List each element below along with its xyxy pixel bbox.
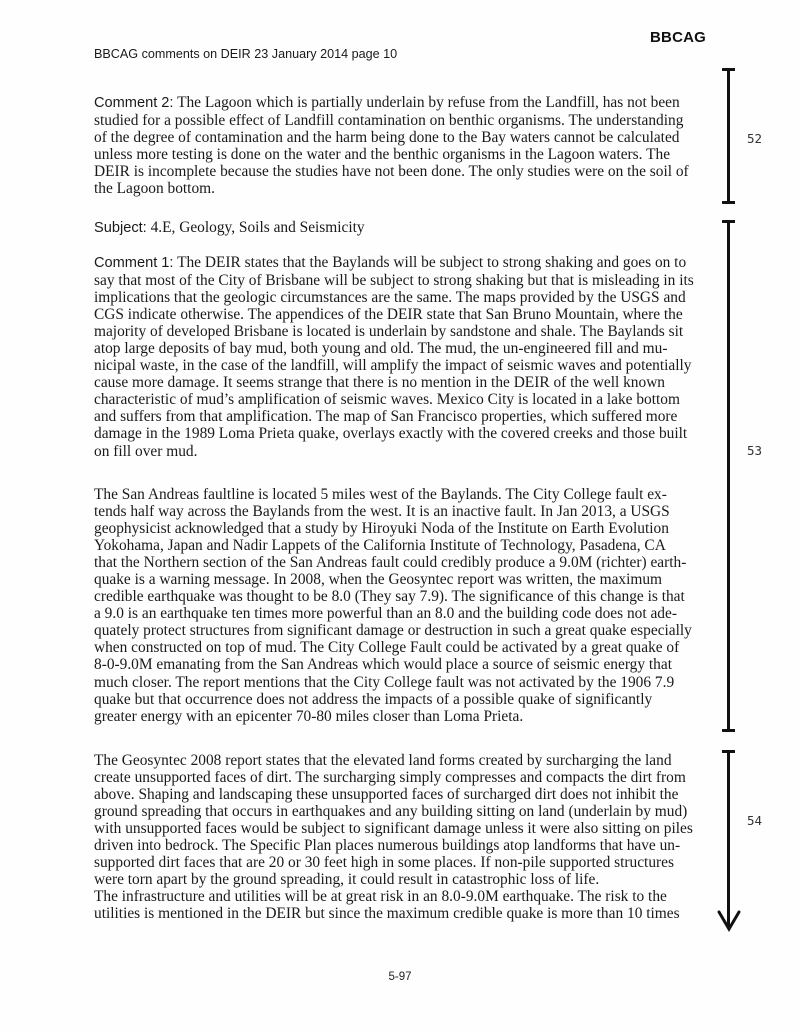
paragraph-line: create unsupported faces of dirt. The su…: [94, 769, 714, 786]
paragraph-line: quake is a warning message. In 2008, whe…: [94, 571, 714, 588]
paragraph-line: 8-0-9.0M emanating from the San Andreas …: [94, 656, 714, 673]
paragraph-line: credible earthquake was thought to be 8.…: [94, 588, 714, 605]
paragraph-line: implications that the geologic circumsta…: [94, 289, 714, 306]
paragraph-line: CGS indicate otherwise. The appendices o…: [94, 306, 714, 323]
paragraph-line: of the degree of contamination and the h…: [94, 129, 714, 146]
paragraph-line: ground spreading that occurs in earthqua…: [94, 803, 714, 820]
subject-label: Subject:: [94, 220, 147, 236]
paragraph-line: damage in the 1989 Loma Prieta quake, ov…: [94, 425, 714, 442]
comment-number-label: 52: [747, 131, 762, 146]
paragraph-line: utilities is mentioned in the DEIR but s…: [94, 905, 714, 922]
paragraph-line: say that most of the City of Brisbane wi…: [94, 272, 714, 289]
paragraph-line: quake but that occurrence does not addre…: [94, 691, 714, 708]
paragraph-line: driven into bedrock. The Specific Plan p…: [94, 837, 714, 854]
paragraph-line: The San Andreas faultline is located 5 m…: [94, 486, 714, 503]
subject-text: 4.E, Geology, Soils and Seismicity: [151, 219, 365, 236]
running-header: BBCAG comments on DEIR 23 January 2014 p…: [94, 47, 397, 61]
paragraph-line: cause more damage. It seems strange that…: [94, 374, 714, 391]
paragraph-line: nicipal waste, in the case of the landfi…: [94, 357, 714, 374]
san-andreas-paragraph: The San Andreas faultline is located 5 m…: [94, 486, 714, 725]
subject-heading: Subject: 4.E, Geology, Soils and Seismic…: [94, 219, 714, 237]
paragraph-line: studied for a possible effect of Landfil…: [94, 112, 714, 129]
page-number: 5-97: [0, 971, 800, 983]
comment-number-label: 53: [747, 443, 762, 458]
bracket-cap-top: [722, 750, 735, 753]
paragraph-line: were torn apart by the ground spreading,…: [94, 871, 714, 888]
paragraph-line: unless more testing is done on the water…: [94, 146, 714, 163]
paragraph-line: with unsupported faces would be subject …: [94, 820, 714, 837]
margin-bracket-52: [727, 68, 730, 204]
paragraph-line: majority of developed Brisbane is locate…: [94, 323, 714, 340]
bracket-cap-bottom: [722, 201, 735, 204]
paragraph-line: atop large deposits of bay mud, both you…: [94, 340, 714, 357]
paragraph-line: when constructed on top of mud. The City…: [94, 639, 714, 656]
paragraph-line: the Lagoon bottom.: [94, 180, 714, 197]
paragraph-line: DEIR is incomplete because the studies h…: [94, 163, 714, 180]
document-page: BBCAG BBCAG comments on DEIR 23 January …: [0, 0, 800, 1034]
paragraph-line: geophysicist acknowledged that a study b…: [94, 520, 714, 537]
comment-label: Comment 1:: [94, 255, 173, 271]
margin-bracket-54: [727, 750, 730, 928]
comment-2-paragraph: Comment 2: The Lagoon which is partially…: [94, 94, 714, 197]
comment-label: Comment 2:: [94, 95, 173, 111]
paragraph-line: characteristic of mud’s amplification of…: [94, 391, 714, 408]
comment-number-label: 54: [747, 813, 762, 828]
paragraph-line: quately protect structures from signific…: [94, 622, 714, 639]
paragraph-line: and suffers from that amplification. The…: [94, 408, 714, 425]
paragraph-line: on fill over mud.: [94, 443, 714, 460]
paragraph-line: greater energy with an epicenter 70-80 m…: [94, 708, 714, 725]
comment-1-paragraph: Comment 1: The DEIR states that the Bayl…: [94, 254, 714, 460]
org-mark: BBCAG: [650, 29, 706, 46]
bracket-cap-bottom: [722, 729, 735, 732]
paragraph-line: The infrastructure and utilities will be…: [94, 888, 714, 905]
paragraph-line: supported dirt faces that are 20 or 30 f…: [94, 854, 714, 871]
paragraph-line: Comment 2: The Lagoon which is partially…: [94, 94, 714, 112]
paragraph-line: Comment 1: The DEIR states that the Bayl…: [94, 254, 714, 272]
paragraph-line: The Geosyntec 2008 report states that th…: [94, 752, 714, 769]
bracket-cap-top: [722, 220, 735, 223]
margin-bracket-53: [727, 220, 730, 732]
arrow-down-icon: [717, 908, 741, 932]
paragraph-line: Yokohama, Japan and Nadir Lappets of the…: [94, 537, 714, 554]
bracket-cap-top: [722, 68, 735, 71]
paragraph-line: above. Shaping and landscaping these uns…: [94, 786, 714, 803]
paragraph-line: much closer. The report mentions that th…: [94, 674, 714, 691]
paragraph-line: a 9.0 is an earthquake ten times more po…: [94, 605, 714, 622]
paragraph-line: that the Northern section of the San And…: [94, 554, 714, 571]
geosyntec-paragraph: The Geosyntec 2008 report states that th…: [94, 752, 714, 922]
paragraph-line: tends half way across the Baylands from …: [94, 503, 714, 520]
